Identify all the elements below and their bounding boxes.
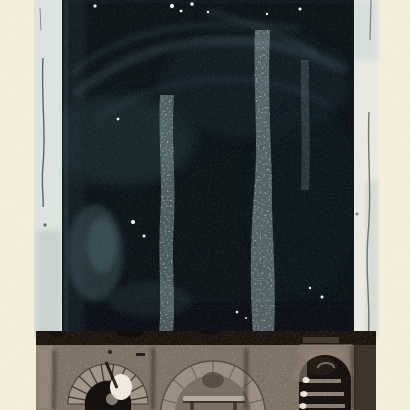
etching-print bbox=[0, 0, 410, 410]
paper-grain bbox=[0, 0, 410, 410]
artwork-scan bbox=[0, 0, 410, 410]
